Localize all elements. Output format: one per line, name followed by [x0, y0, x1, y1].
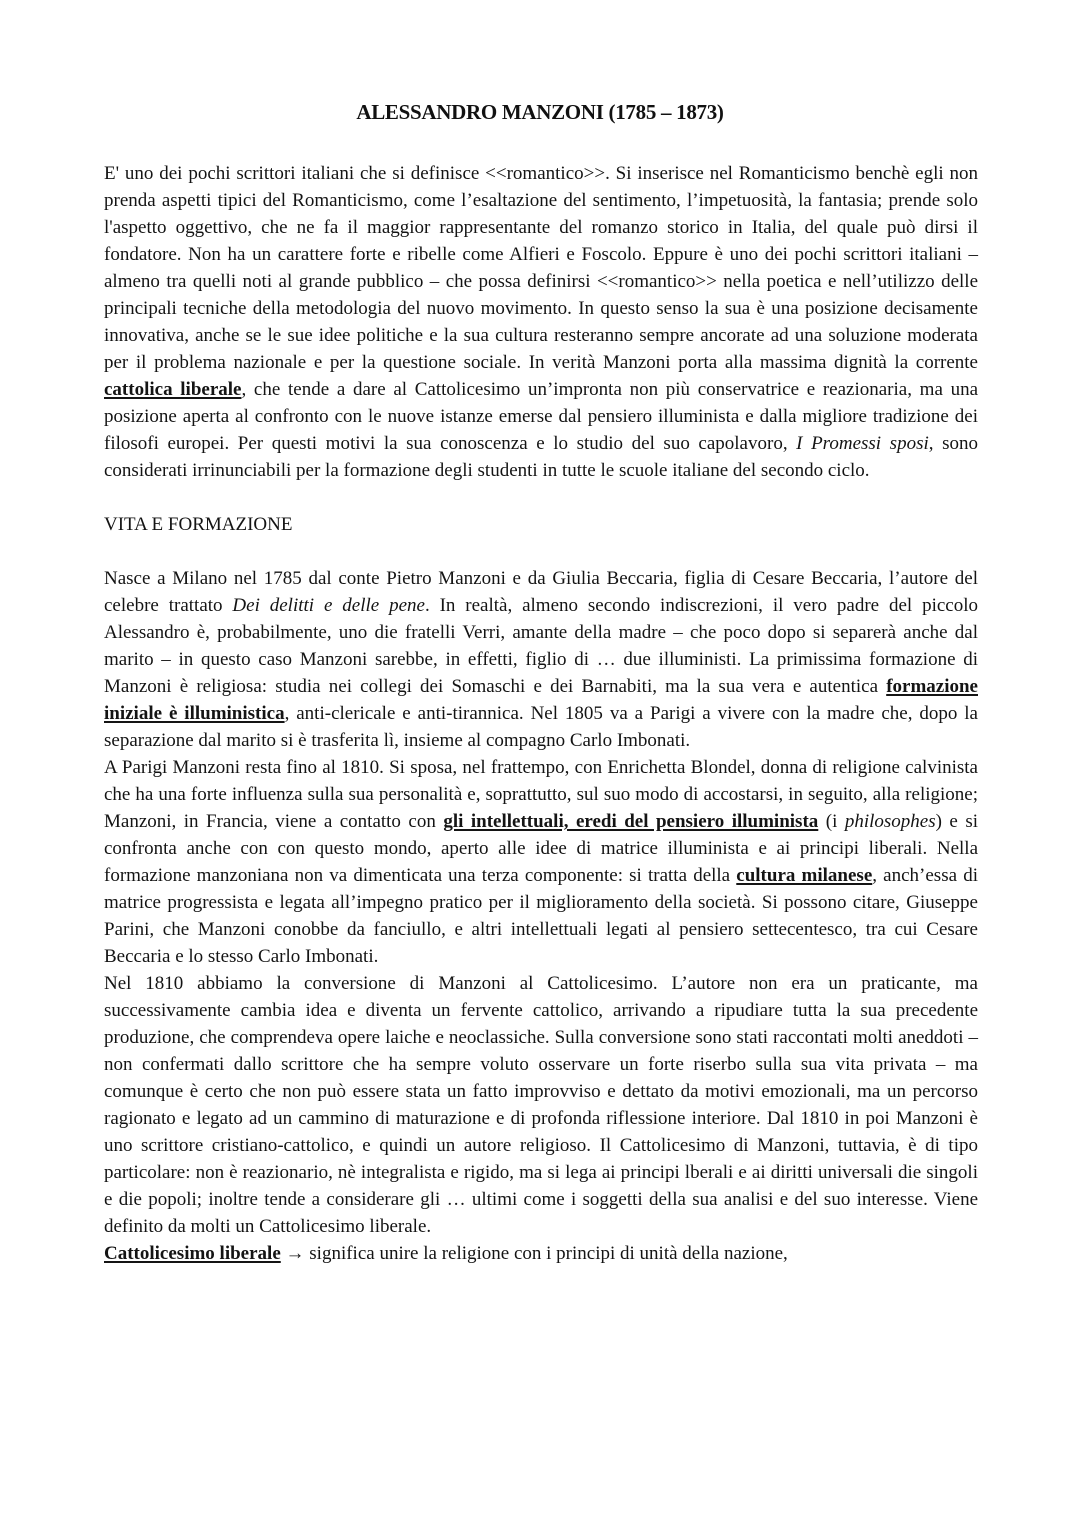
document-body: E' uno dei pochi scrittori italiani che … [104, 160, 978, 1267]
vita-paragraph-1: Nasce a Milano nel 1785 dal conte Pietro… [104, 565, 978, 754]
emphasis-cattolicesimo-liberale: Cattolicesimo liberale [104, 1243, 281, 1264]
document-page: ALESSANDRO MANZONI (1785 – 1873) E' uno … [0, 0, 1080, 1527]
vita-paragraph-3: Nel 1810 abbiamo la conversione di Manzo… [104, 970, 978, 1240]
work-title-dei-delitti: Dei delitti e delle pene [232, 595, 425, 616]
spacer [104, 538, 978, 565]
spacer [104, 484, 978, 511]
emphasis-cattolica-liberale: cattolica liberale [104, 379, 241, 400]
work-title-promessi-sposi: I Promessi sposi [796, 433, 929, 454]
intro-paragraph: E' uno dei pochi scrittori italiani che … [104, 160, 978, 484]
text-run: E' uno dei pochi scrittori italiani che … [104, 163, 978, 373]
section-heading-vita: VITA E FORMAZIONE [104, 511, 978, 538]
vita-paragraph-2: A Parigi Manzoni resta fino al 1810. Si … [104, 754, 978, 970]
text-run: significa unire la religione con i princ… [309, 1243, 788, 1264]
emphasis-intellettuali: gli intellettuali, eredi del pensiero il… [443, 811, 818, 832]
arrow-icon: → [281, 1243, 310, 1264]
vita-paragraph-4: Cattolicesimo liberale → significa unire… [104, 1240, 978, 1267]
text-run: (i [818, 811, 845, 832]
document-title: ALESSANDRO MANZONI (1785 – 1873) [0, 100, 1080, 125]
italic-philosophes: philosophes [845, 811, 936, 832]
emphasis-cultura-milanese: cultura milanese [736, 865, 872, 886]
